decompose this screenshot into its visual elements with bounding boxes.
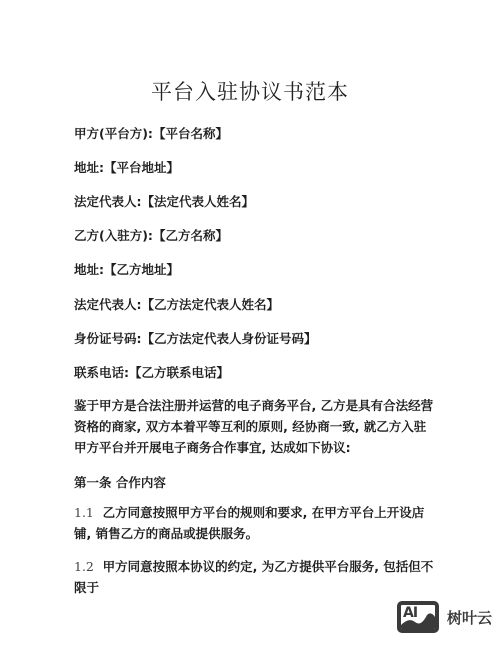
field-value: 【乙方地址】	[104, 262, 179, 277]
field-label: 地址:	[74, 262, 104, 277]
field-value: 【平台名称】	[153, 126, 228, 141]
party-a-representative-field: 法定代表人:【法定代表人姓名】	[74, 192, 254, 210]
field-value: 【乙方名称】	[153, 228, 228, 243]
field-label: 法定代表人:	[74, 297, 142, 312]
preamble-paragraph: 鉴于甲方是合法注册并运营的电子商务平台, 乙方是具有合法经营资格的商家, 双方本…	[74, 395, 434, 458]
field-label: 乙方(入驻方):	[74, 228, 153, 243]
party-a-address-field: 地址:【平台地址】	[74, 158, 179, 176]
section-1-heading: 第一条 合作内容	[74, 473, 166, 491]
field-label: 地址:	[74, 160, 104, 175]
clause-text: 甲方同意按照本协议的约定, 为乙方提供平台服务, 包括但不限于	[74, 559, 433, 595]
party-b-name-field: 乙方(入驻方):【乙方名称】	[74, 226, 228, 244]
party-b-phone-field: 联系电话:【乙方联系电话】	[74, 363, 229, 381]
field-label: 身份证号码:	[74, 331, 142, 346]
ai-image-logo-icon: AI	[397, 601, 439, 633]
party-b-id-number-field: 身份证号码:【乙方法定代表人身份证号码】	[74, 329, 317, 347]
clause-1-1: 1.1 乙方同意按照甲方平台的规则和要求, 在甲方平台上开设店铺, 销售乙方的商…	[74, 502, 434, 544]
field-value: 【平台地址】	[104, 160, 179, 175]
field-value: 【乙方法定代表人姓名】	[142, 297, 280, 312]
field-label: 甲方(平台方):	[74, 126, 153, 141]
field-label: 联系电话:	[74, 365, 129, 380]
watermark-badge: AI 树叶云	[397, 601, 492, 633]
clause-1-2: 1.2 甲方同意按照本协议的约定, 为乙方提供平台服务, 包括但不限于	[74, 556, 434, 598]
clause-number: 1.1	[74, 505, 94, 520]
brand-name: 树叶云	[447, 607, 492, 628]
mountain-icon	[401, 605, 435, 629]
field-value: 【乙方联系电话】	[129, 365, 229, 380]
document-page: 平台入驻协议书范本 甲方(平台方):【平台名称】 地址:【平台地址】 法定代表人…	[0, 0, 500, 647]
field-value: 【法定代表人姓名】	[142, 194, 255, 209]
party-b-representative-field: 法定代表人:【乙方法定代表人姓名】	[74, 295, 279, 313]
document-title: 平台入驻协议书范本	[0, 76, 500, 106]
clause-number: 1.2	[74, 559, 94, 574]
field-value: 【乙方法定代表人身份证号码】	[142, 331, 317, 346]
field-label: 法定代表人:	[74, 194, 142, 209]
party-b-address-field: 地址:【乙方地址】	[74, 260, 179, 278]
clause-text: 乙方同意按照甲方平台的规则和要求, 在甲方平台上开设店铺, 销售乙方的商品或提供…	[74, 505, 424, 541]
party-a-name-field: 甲方(平台方):【平台名称】	[74, 124, 228, 142]
